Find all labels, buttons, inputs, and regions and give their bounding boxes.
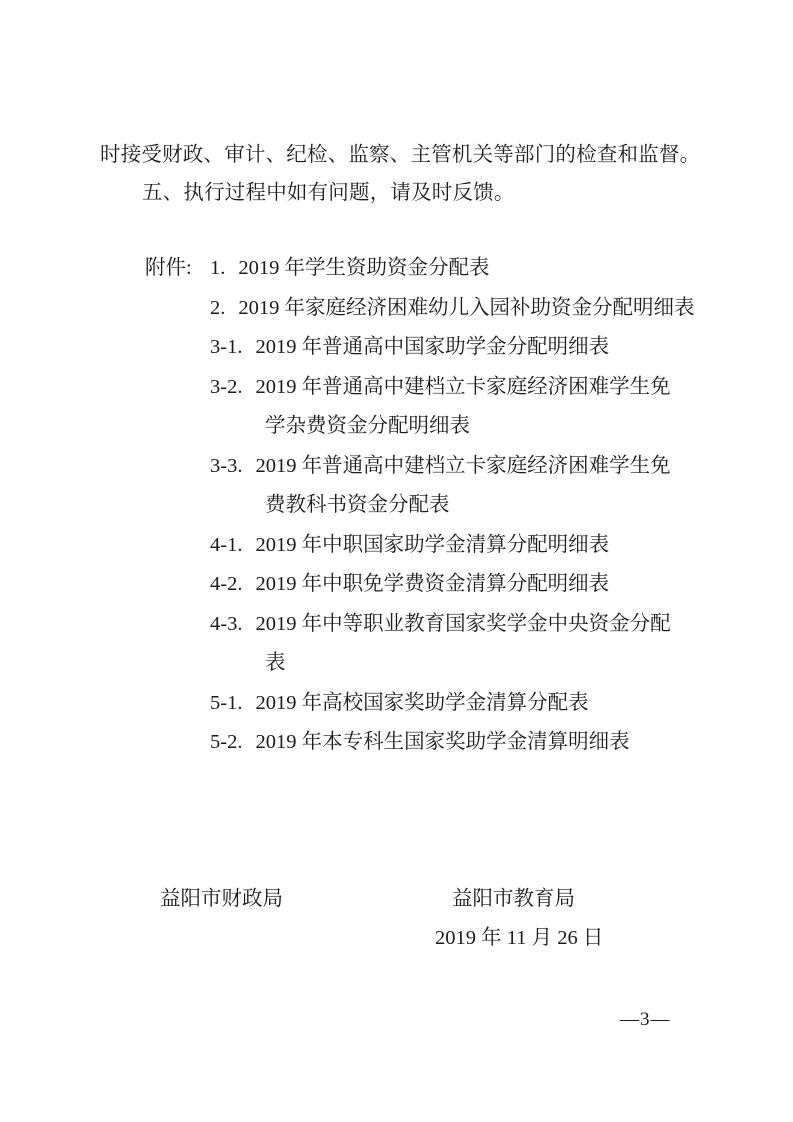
attachment-number: 3-3. [210, 447, 242, 487]
attachment-title: 2019 年中职国家助学金清算分配明细表 [255, 534, 609, 556]
document-page: 时接受财政、审计、纪检、监察、主管机关等部门的检查和监督。 五、执行过程中如有问… [0, 0, 793, 1122]
attachment-number: 3-1. [210, 328, 242, 368]
attachment-title-continuation: 表 [265, 644, 715, 684]
attachment-title: 2019 年家庭经济困难幼儿入园补助资金分配明细表 [238, 297, 694, 319]
attachment-number: 4-3. [210, 605, 242, 645]
attachments-list: 1.2019 年学生资助资金分配表 2.2019 年家庭经济困难幼儿入园补助资金… [210, 249, 715, 763]
attachment-title-continuation: 费教科书资金分配表 [265, 486, 715, 526]
attachment-title: 2019 年中职免学费资金清算分配明细表 [255, 573, 609, 595]
attachment-item: 1.2019 年学生资助资金分配表 [210, 249, 715, 289]
attachment-item: 3-3.2019 年普通高中建档立卡家庭经济困难学生免 费教科书资金分配表 [210, 447, 715, 526]
attachment-title: 2019 年普通高中建档立卡家庭经济困难学生免 [255, 455, 670, 477]
attachment-line: 4-2.2019 年中职免学费资金清算分配明细表 [210, 565, 715, 605]
attachment-number: 4-1. [210, 526, 242, 566]
attachment-item: 2.2019 年家庭经济困难幼儿入园补助资金分配明细表 [210, 289, 715, 329]
body-line-item-five: 五、执行过程中如有问题，请及时反馈。 [100, 174, 700, 212]
attachment-number: 1. [210, 249, 225, 289]
attachment-item: 5-1.2019 年高校国家奖助学金清算分配表 [210, 684, 715, 724]
attachment-item: 4-3.2019 年中等职业教育国家奖学金中央资金分配 表 [210, 605, 715, 684]
signature-date: 2019 年 11 月 26 日 [435, 925, 603, 951]
attachment-line: 1.2019 年学生资助资金分配表 [210, 249, 715, 289]
attachments-section: 附件: 1.2019 年学生资助资金分配表 2.2019 年家庭经济困难幼儿入园… [145, 249, 715, 763]
attachment-item: 4-2.2019 年中职免学费资金清算分配明细表 [210, 565, 715, 605]
attachment-line: 3-3.2019 年普通高中建档立卡家庭经济困难学生免 [210, 447, 715, 487]
attachment-title: 2019 年高校国家奖助学金清算分配表 [255, 692, 588, 714]
attachment-number: 5-1. [210, 684, 242, 724]
attachment-title: 2019 年普通高中建档立卡家庭经济困难学生免 [255, 376, 670, 398]
attachment-item: 3-1.2019 年普通高中国家助学金分配明细表 [210, 328, 715, 368]
attachment-title: 2019 年普通高中国家助学金分配明细表 [255, 336, 609, 358]
page-number: —3— [620, 1008, 671, 1032]
body-line-continuation: 时接受财政、审计、纪检、监察、主管机关等部门的检查和监督。 [100, 136, 700, 174]
attachment-item: 4-1.2019 年中职国家助学金清算分配明细表 [210, 526, 715, 566]
attachment-title: 2019 年学生资助资金分配表 [238, 257, 489, 279]
attachment-line: 4-1.2019 年中职国家助学金清算分配明细表 [210, 526, 715, 566]
attachment-number: 5-2. [210, 723, 242, 763]
attachment-item: 3-2.2019 年普通高中建档立卡家庭经济困难学生免 学杂费资金分配明细表 [210, 368, 715, 447]
attachment-line: 3-1.2019 年普通高中国家助学金分配明细表 [210, 328, 715, 368]
attachment-line: 5-2.2019 年本专科生国家奖助学金清算明细表 [210, 723, 715, 763]
attachment-number: 3-2. [210, 368, 242, 408]
signature-org-finance: 益阳市财政局 [160, 886, 283, 912]
attachment-title-continuation: 学杂费资金分配明细表 [265, 407, 715, 447]
attachment-line: 4-3.2019 年中等职业教育国家奖学金中央资金分配 [210, 605, 715, 645]
attachment-title: 2019 年中等职业教育国家奖学金中央资金分配 [255, 613, 670, 635]
attachment-line: 2.2019 年家庭经济困难幼儿入园补助资金分配明细表 [210, 289, 715, 329]
attachment-number: 4-2. [210, 565, 242, 605]
attachment-line: 5-1.2019 年高校国家奖助学金清算分配表 [210, 684, 715, 724]
attachment-number: 2. [210, 289, 225, 329]
attachments-label: 附件: [145, 249, 210, 289]
attachment-item: 5-2.2019 年本专科生国家奖助学金清算明细表 [210, 723, 715, 763]
body-paragraphs: 时接受财政、审计、纪检、监察、主管机关等部门的检查和监督。 五、执行过程中如有问… [100, 136, 700, 212]
attachment-line: 3-2.2019 年普通高中建档立卡家庭经济困难学生免 [210, 368, 715, 408]
attachment-title: 2019 年本专科生国家奖助学金清算明细表 [255, 731, 629, 753]
signature-org-education: 益阳市教育局 [452, 886, 575, 912]
